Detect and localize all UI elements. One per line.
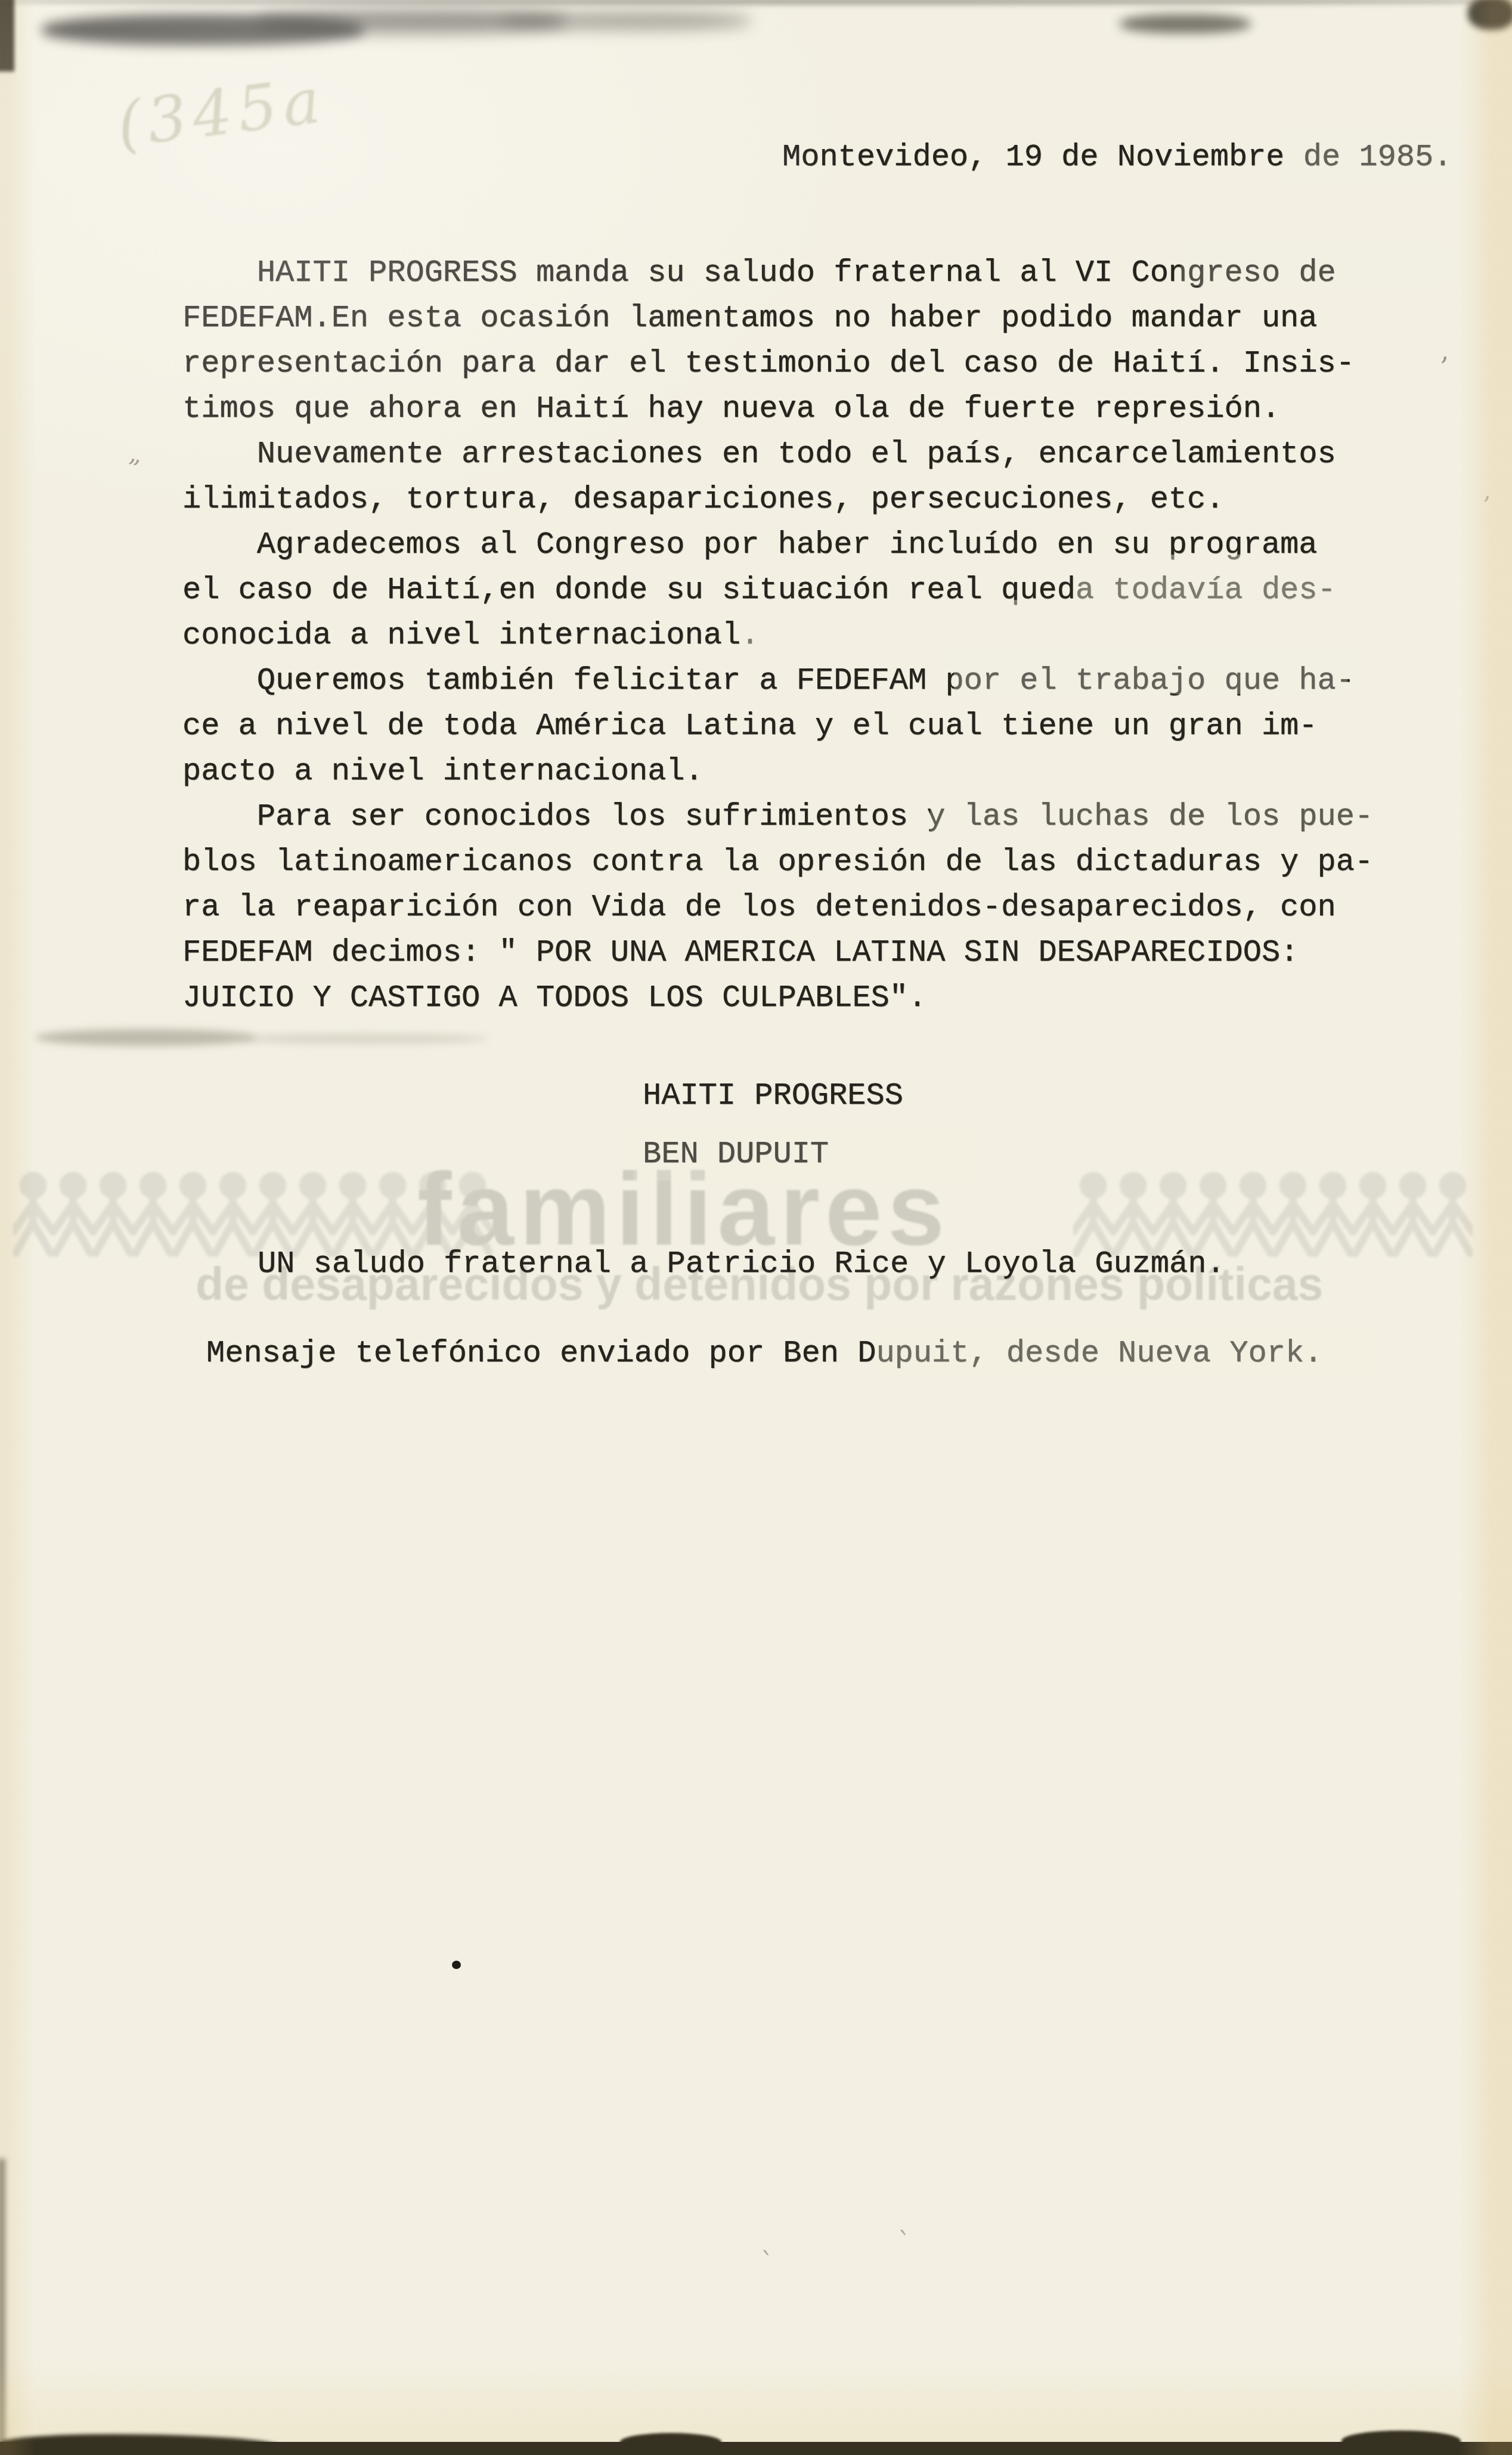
scan-smudge <box>1120 14 1251 33</box>
scan-edge-corner <box>0 0 14 72</box>
scan-smudge <box>256 10 566 33</box>
stray-mark: ` <box>898 2228 911 2258</box>
date-line: Montevideo, 19 de Noviembre de 1985. <box>782 135 1452 180</box>
ink-dot-artifact <box>452 1961 461 1969</box>
closing-line: UN saludo fraternal a Patricio Rice y Lo… <box>258 1242 1225 1287</box>
typed-line: timos que ahora en Haití hay nueva ola d… <box>182 386 1373 432</box>
stray-mark: „ <box>127 438 145 469</box>
typed-line: JUICIO Y CASTIGO A TODOS LOS CULPABLES". <box>182 976 1373 1021</box>
erased-pencil-smudge <box>238 1034 489 1044</box>
typed-line: ra la reaparición con Vida de los deteni… <box>182 885 1373 930</box>
typed-line: Agradecemos al Congreso por haber incluí… <box>182 522 1373 568</box>
scan-edge-bottom <box>0 2434 280 2455</box>
erased-pencil-smudge <box>35 1029 256 1046</box>
stray-mark: ` <box>761 2248 774 2278</box>
typed-line: Queremos también felicitar a FEDEFAM por… <box>182 658 1373 704</box>
scan-smudge <box>0 0 1512 5</box>
stray-mark: , <box>1483 477 1491 504</box>
typed-line: Para ser conocidos los sufrimientos y la… <box>182 794 1373 840</box>
typed-line: pacto a nivel internacional. <box>182 749 1373 794</box>
closing-line: Mensaje telefónico enviado por Ben Dupui… <box>206 1331 1322 1376</box>
typed-line: blos latinoamericanos contra la opresión… <box>182 840 1373 885</box>
stray-mark: , <box>1440 334 1449 366</box>
typed-line: FEDEFAM.En esta ocasión lamentamos no ha… <box>182 296 1373 341</box>
scan-smudge <box>501 12 751 30</box>
typed-line: HAITI PROGRESS manda su saludo fraternal… <box>182 250 1373 296</box>
scan-edge-bottom <box>620 2433 721 2451</box>
typed-line: FEDEFAM decimos: " POR UNA AMERICA LATIN… <box>182 930 1373 976</box>
scan-smudge <box>1468 0 1512 30</box>
typed-line: Nuevamente arrestaciones en todo el país… <box>182 432 1373 477</box>
signature-organization: HAITI PROGRESS <box>643 1073 903 1119</box>
scan-edge-left <box>0 2159 5 2445</box>
letter-page: familiares de desaparecidos y detenidos … <box>0 0 1512 2455</box>
typed-line: conocida a nivel internacional. <box>182 613 1373 658</box>
typed-line: el caso de Haití,en donde su situación r… <box>182 568 1373 613</box>
typed-line: ilimitados, tortura, desapariciones, per… <box>182 477 1373 522</box>
scan-edge-bottom <box>0 2442 1512 2455</box>
signature-name: BEN DUPUIT <box>643 1132 829 1177</box>
handwritten-note: (345a <box>113 64 330 162</box>
typed-line: representación para dar el testimonio de… <box>182 341 1373 386</box>
scan-smudge <box>42 14 364 45</box>
typed-line: ce a nivel de toda América Latina y el c… <box>182 704 1373 749</box>
scan-edge-bottom <box>1341 2431 1461 2451</box>
letter-body: HAITI PROGRESS manda su saludo fraternal… <box>182 250 1373 1021</box>
